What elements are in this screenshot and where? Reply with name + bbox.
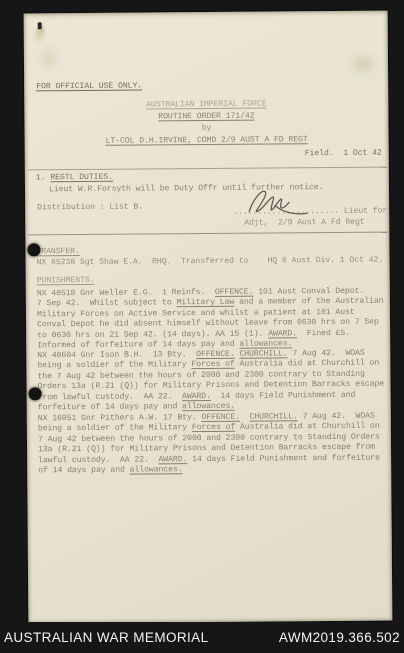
signature-line: ...................... Lieut for Capt [233,206,392,216]
header-commander-line: LT-COL D.H.IRVINE, COMD 2/9 AUST A FD RE… [25,135,389,147]
header-order-number: ROUTINE ORDER 171/42 [24,111,388,123]
signatory-role-line: Adjt, 2/9 Aust A Fd Regt [244,218,364,228]
typed-line: NX 65238 Sgt Shaw E.A. RHQ. Transferred … [37,256,384,269]
header-by-line: by [24,123,388,135]
staple-mark [38,22,42,29]
punishment-entry: NX 16051 Gnr Pithers A.W. 17 Bty. OFFENC… [38,412,380,477]
punishment-entry: NX 40604 Gnr Ison B.H. 13 Bty. OFFENCE. … [37,349,384,414]
punch-hole [29,387,42,400]
document-page: FOR OFFICIAL USE ONLY. AUSTRALIAN IMPERI… [24,11,393,624]
section-transfer-heading: TRANSFER. [36,247,79,256]
footer-accession-number: AWM2019.366.502 [279,630,400,645]
distribution-line: Distribution : List B. [37,203,143,213]
transfer-entry: NX 65238 Sgt Shaw E.A. RHQ. Transferred … [37,256,384,269]
section-number: 1. [36,173,51,182]
divider-line [28,232,387,236]
scan-footer-bar: AUSTRALIAN WAR MEMORIAL AWM2019.366.502 [0,622,404,653]
paper-stain [36,43,62,73]
classification-marking: FOR OFFICIAL USE ONLY. [36,82,142,92]
header-force-title: AUSTRALIAN IMPERIAL FORCE [24,99,388,111]
punch-hole [27,243,40,256]
paper-stain [346,51,380,77]
scan-background: FOR OFFICIAL USE ONLY. AUSTRALIAN IMPERI… [0,0,404,653]
footer-institution: AUSTRALIAN WAR MEMORIAL [4,630,208,645]
section-punishments-heading: PUNISHMENTS. [37,276,95,285]
section-duties-heading: 1. REGTL DUTIES. [36,173,113,183]
place-date-line: Field. 1 Oct 42 [305,149,382,159]
section-title: REGTL DUTIES. [50,173,113,182]
typed-line: of 14 days pay and allowances. [38,464,380,477]
divider-line [28,167,387,171]
punishment-entry: NX 40518 Gnr Weller E.G. 1 Reinfs. OFFEN… [37,287,384,352]
